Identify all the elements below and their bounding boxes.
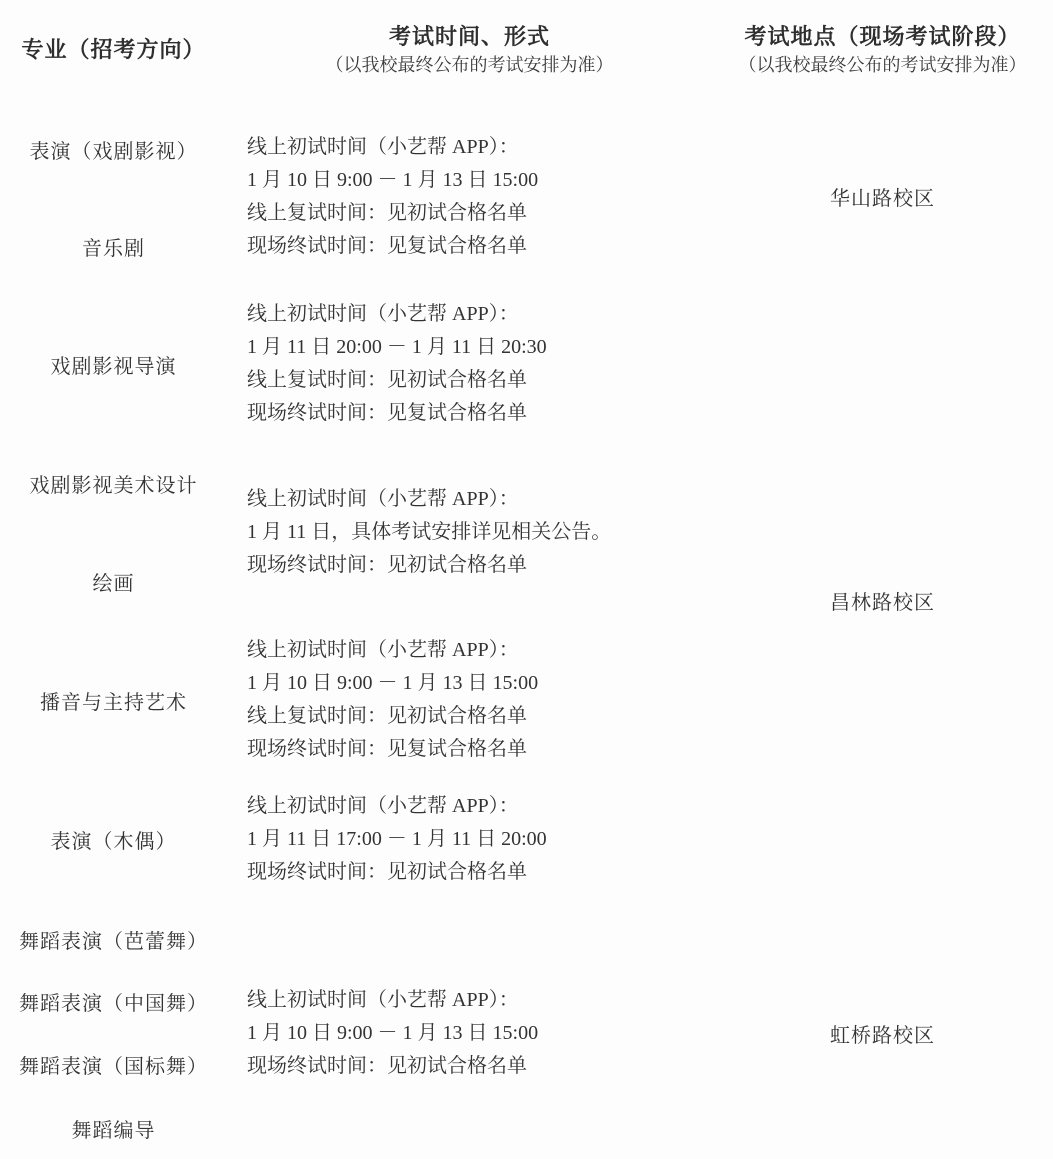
header-row: 专业（招考方向） 考试时间、形式 （以我校最终公布的考试安排为准） 考试地点（现… [0, 0, 1053, 100]
exam-line: 1 月 11 日 17:00 － 1 月 11 日 20:00 [227, 823, 712, 856]
exam-line: 现场终试时间：见初试合格名单 [227, 1050, 712, 1083]
exam-line: 1 月 11 日 20:00 － 1 月 11 日 20:30 [227, 331, 712, 364]
major-cell: 舞蹈表演（芭蕾舞） [0, 908, 227, 970]
major-cell: 表演（木偶） [0, 770, 227, 908]
major-cell: 舞蹈表演（国标舞） [0, 1032, 227, 1097]
exam-line: 现场终试时间：见初试合格名单 [227, 856, 712, 889]
exam-line: 线上初试时间（小艺帮 APP）： [227, 483, 712, 516]
exam-line: 1 月 11 日，具体考试安排详见相关公告。 [227, 516, 712, 549]
major-cell: 舞蹈编导 [0, 1097, 227, 1159]
table-row: 舞蹈表演（芭蕾舞） 线上初试时间（小艺帮 APP）： 1 月 10 日 9:00… [0, 908, 1053, 970]
exam-line: 线上初试时间（小艺帮 APP）： [227, 790, 712, 823]
exam-line: 线上复试时间：见初试合格名单 [227, 700, 712, 733]
header-exam-time-title: 考试时间、形式 [227, 22, 712, 52]
exam-line: 现场终试时间：见复试合格名单 [227, 733, 712, 766]
exam-cell: 线上初试时间（小艺帮 APP）： 1 月 10 日 9:00 － 1 月 13 … [227, 630, 712, 770]
header-location-subtitle: （以我校最终公布的考试安排为准） [712, 52, 1053, 78]
major-cell: 音乐剧 [0, 199, 227, 293]
exam-cell: 线上初试时间（小艺帮 APP）： 1 月 11 日 17:00 － 1 月 11… [227, 770, 712, 908]
exam-line: 线上初试时间（小艺帮 APP）： [227, 298, 712, 331]
exam-line: 1 月 10 日 9:00 － 1 月 13 日 15:00 [227, 1017, 712, 1050]
header-major: 专业（招考方向） [0, 0, 227, 100]
exam-schedule-table: 专业（招考方向） 考试时间、形式 （以我校最终公布的考试安排为准） 考试地点（现… [0, 0, 1053, 1159]
major-cell: 舞蹈表演（中国舞） [0, 970, 227, 1032]
header-exam-time: 考试时间、形式 （以我校最终公布的考试安排为准） [227, 0, 712, 100]
exam-cell: 线上初试时间（小艺帮 APP）： 1 月 11 日 20:00 － 1 月 11… [227, 293, 712, 435]
table-row: 戏剧影视导演 线上初试时间（小艺帮 APP）： 1 月 11 日 20:00 －… [0, 293, 1053, 435]
exam-schedule-page: 专业（招考方向） 考试时间、形式 （以我校最终公布的考试安排为准） 考试地点（现… [0, 0, 1053, 1159]
exam-line: 线上初试时间（小艺帮 APP）： [227, 634, 712, 667]
location-cell: 虹桥路校区 [712, 908, 1053, 1159]
header-location-title: 考试地点（现场考试阶段） [712, 22, 1053, 52]
header-major-title: 专业（招考方向） [0, 35, 227, 65]
major-cell: 绘画 [0, 532, 227, 630]
exam-cell: 线上初试时间（小艺帮 APP）： 1 月 10 日 9:00 － 1 月 13 … [227, 908, 712, 1159]
major-cell: 戏剧影视美术设计 [0, 435, 227, 532]
location-cell: 华山路校区 [712, 100, 1053, 293]
location-cell: 昌林路校区 [712, 293, 1053, 908]
exam-line: 1 月 10 日 9:00 － 1 月 13 日 15:00 [227, 667, 712, 700]
exam-line: 现场终试时间：见复试合格名单 [227, 230, 712, 263]
exam-line: 线上初试时间（小艺帮 APP）： [227, 131, 712, 164]
table-row: 表演（戏剧影视） 线上初试时间（小艺帮 APP）： 1 月 10 日 9:00 … [0, 100, 1053, 199]
exam-line: 线上复试时间：见初试合格名单 [227, 364, 712, 397]
header-location: 考试地点（现场考试阶段） （以我校最终公布的考试安排为准） [712, 0, 1053, 100]
exam-cell: 线上初试时间（小艺帮 APP）： 1 月 11 日，具体考试安排详见相关公告。 … [227, 435, 712, 630]
exam-line: 1 月 10 日 9:00 － 1 月 13 日 15:00 [227, 164, 712, 197]
exam-line: 线上初试时间（小艺帮 APP）： [227, 984, 712, 1017]
exam-cell: 线上初试时间（小艺帮 APP）： 1 月 10 日 9:00 － 1 月 13 … [227, 100, 712, 293]
major-cell: 播音与主持艺术 [0, 630, 227, 770]
header-exam-time-subtitle: （以我校最终公布的考试安排为准） [227, 52, 712, 78]
exam-line: 现场终试时间：见初试合格名单 [227, 549, 712, 582]
exam-line: 线上复试时间：见初试合格名单 [227, 197, 712, 230]
major-cell: 戏剧影视导演 [0, 293, 227, 435]
exam-line: 现场终试时间：见复试合格名单 [227, 397, 712, 430]
major-cell: 表演（戏剧影视） [0, 100, 227, 199]
